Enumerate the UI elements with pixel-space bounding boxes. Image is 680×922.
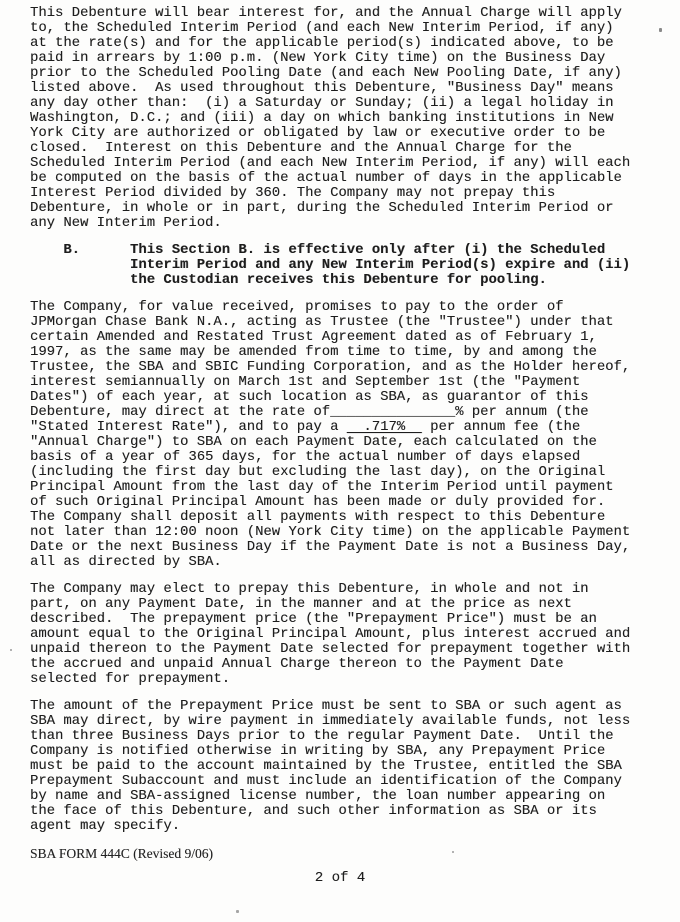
- paragraph-prepayment-amount: The amount of the Prepayment Price must …: [30, 699, 670, 834]
- annual-charge-rate-value: .717%: [347, 419, 422, 435]
- scan-artifact: [236, 910, 239, 913]
- scan-artifact: [10, 649, 12, 651]
- page-indicator: 2 of 4: [0, 870, 680, 886]
- annual-charge-line: "Stated Interest Rate"), and to pay a .7…: [30, 420, 670, 435]
- paragraph-prepayment-election: The Company may elect to prepay this Deb…: [30, 582, 670, 687]
- paragraph-promise-to-pay: The Company, for value received, promise…: [30, 300, 670, 570]
- scan-artifact: [659, 28, 662, 32]
- promise-paragraph-part2: "Annual Charge") to SBA on each Payment …: [30, 435, 670, 570]
- scan-artifact: [608, 648, 610, 650]
- annual-charge-line-before: "Stated Interest Rate"), and to pay a: [30, 419, 347, 435]
- paragraph-interest-terms: This Debenture will bear interest for, a…: [30, 6, 670, 231]
- promise-paragraph-part1: The Company, for value received, promise…: [30, 300, 670, 420]
- form-number: SBA FORM 444C (Revised 9/06): [30, 846, 213, 862]
- annual-charge-line-after: per annum fee (the: [422, 419, 580, 435]
- document-body: This Debenture will bear interest for, a…: [30, 6, 670, 846]
- scanned-document-page: This Debenture will bear interest for, a…: [0, 0, 680, 922]
- scan-artifact: [452, 851, 454, 853]
- section-b-clause: B. This Section B. is effective only aft…: [30, 243, 670, 288]
